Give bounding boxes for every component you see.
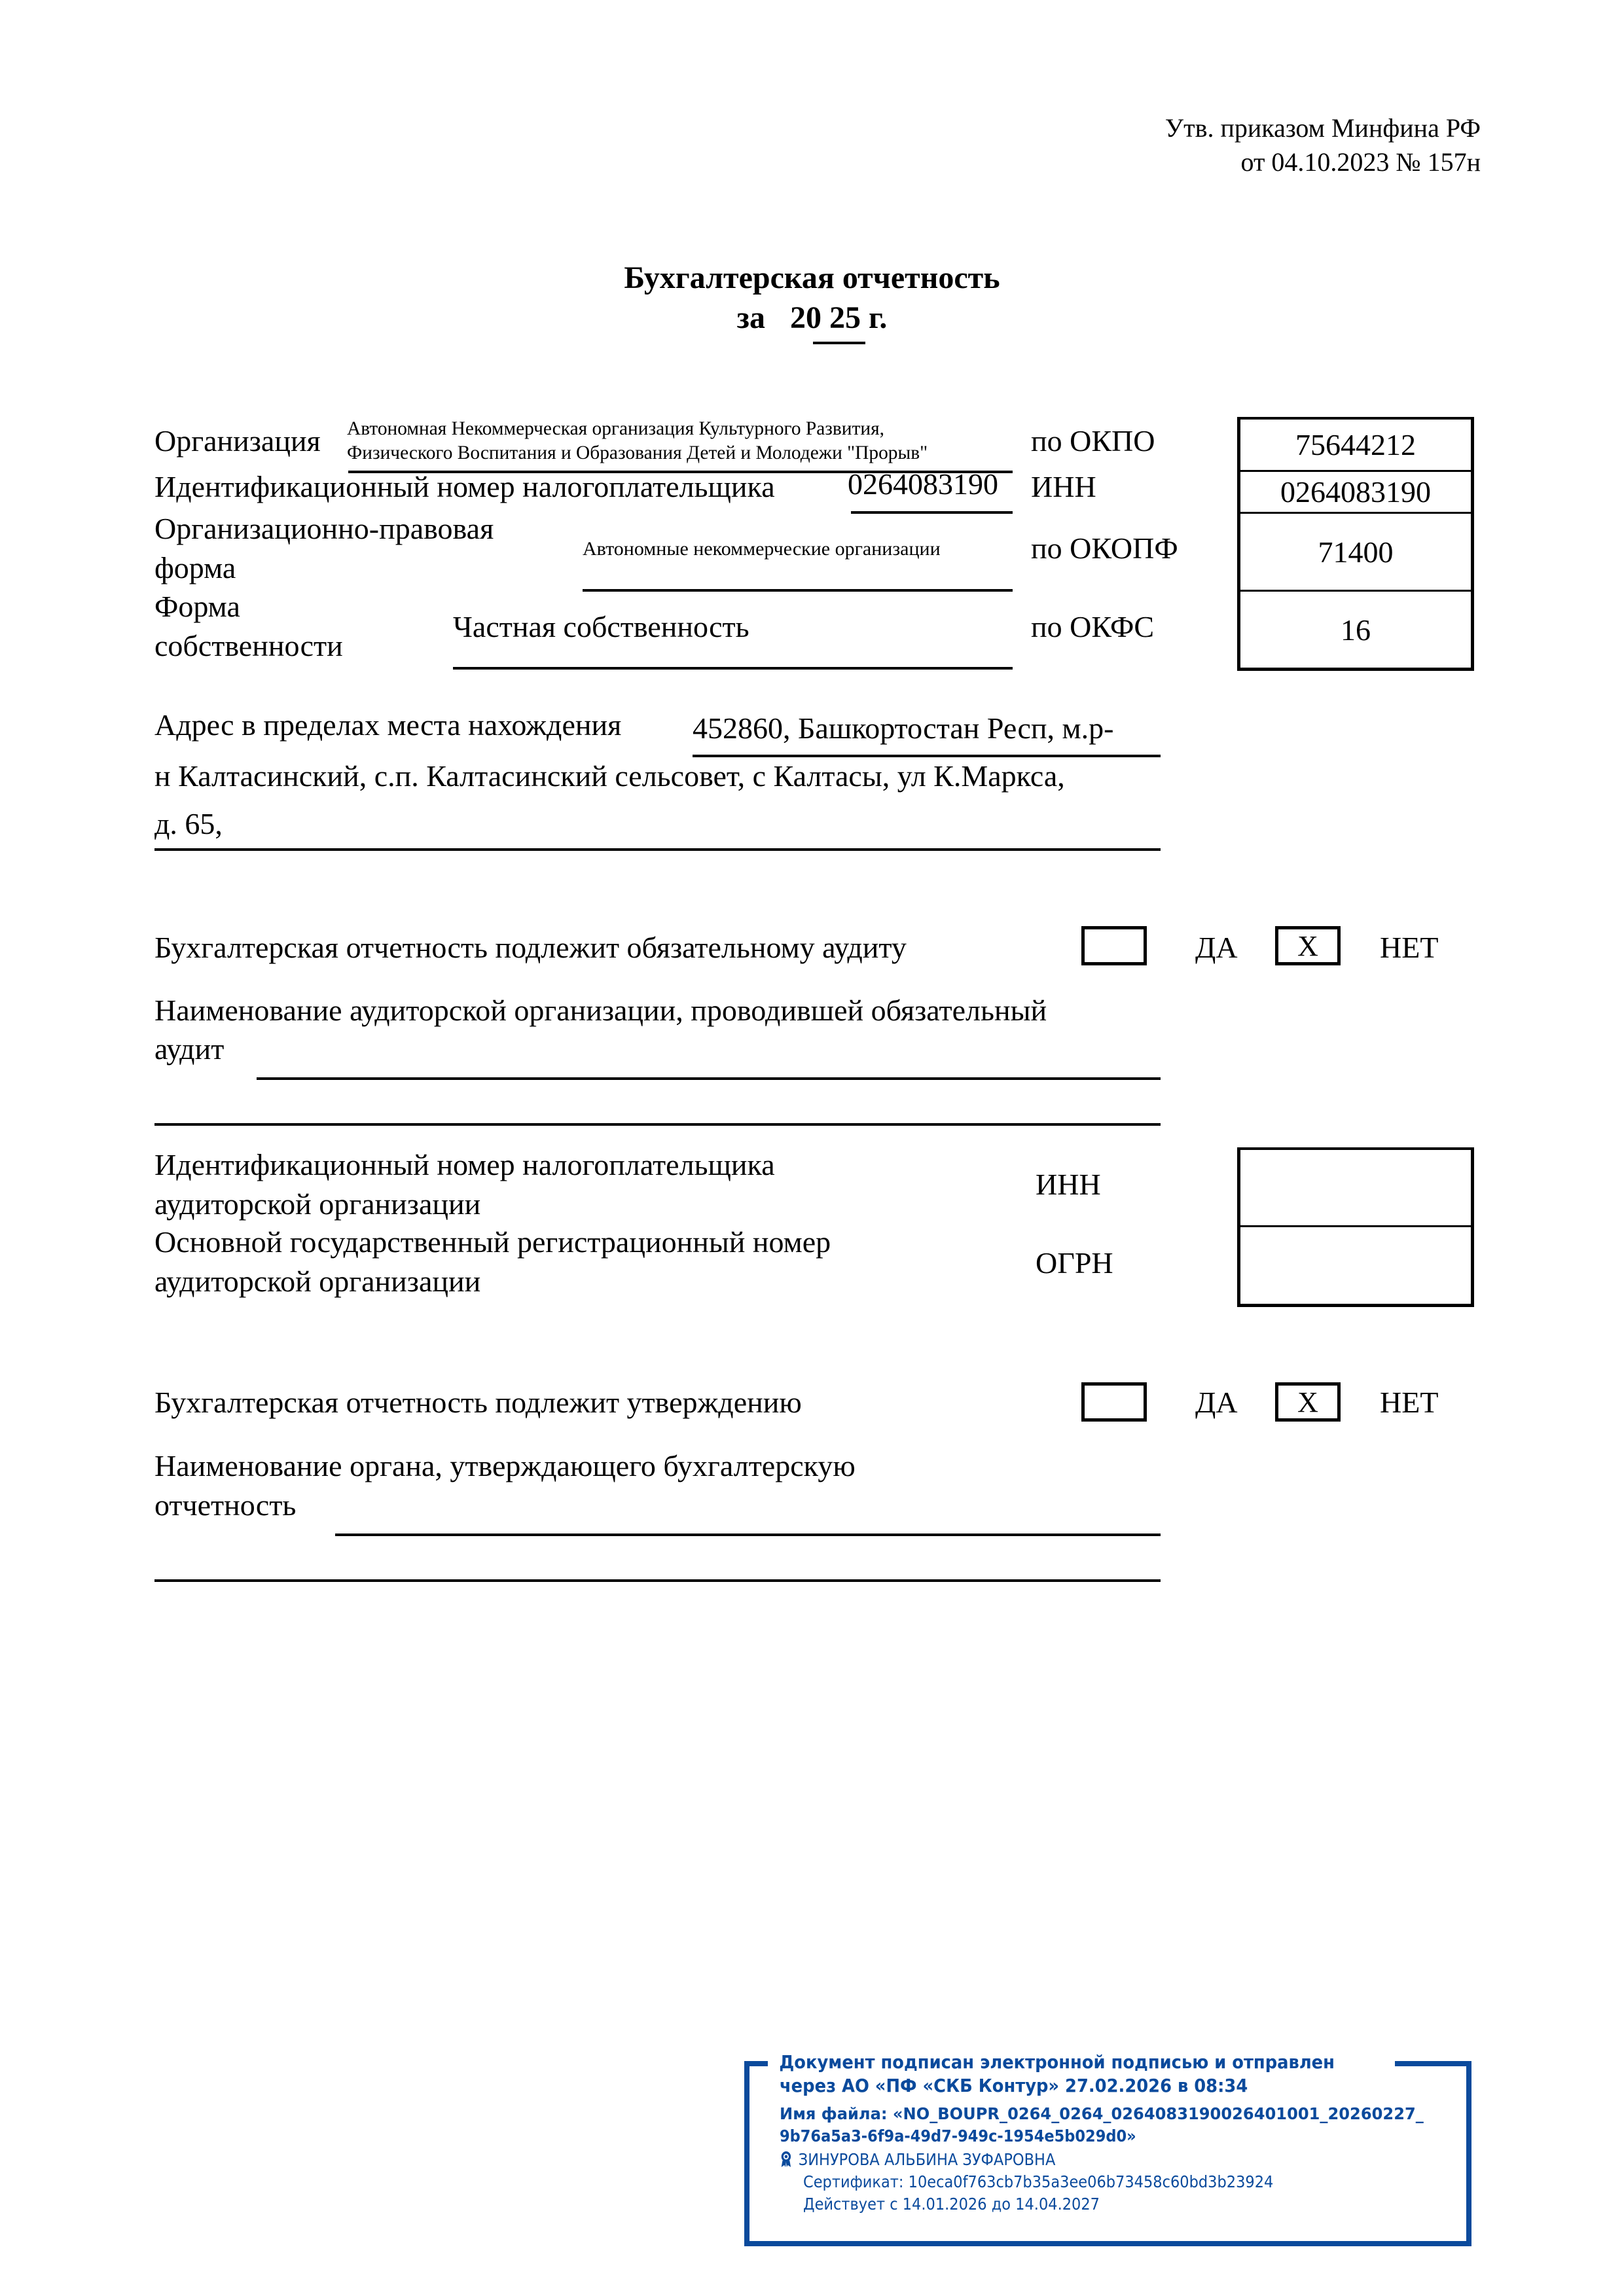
- address-line-1[interactable]: 452860, Башкортостан Респ, м.р-: [693, 709, 1113, 748]
- address-line-2[interactable]: н Калтасинский, с.п. Калтасинский сельсо…: [154, 757, 1065, 796]
- period-prefix: за: [737, 300, 765, 335]
- reporting-period: за20 25 г.: [0, 298, 1624, 338]
- approval-no-checkbox[interactable]: X: [1275, 1382, 1341, 1422]
- organization-label: Организация: [154, 422, 321, 461]
- address-line-3[interactable]: д. 65,: [154, 804, 223, 844]
- approval-question: Бухгалтерская отчетность подлежит утверж…: [154, 1383, 802, 1422]
- year-value[interactable]: 25: [829, 298, 861, 338]
- auditor-inn-label-line-2: аудиторской организации: [154, 1185, 480, 1224]
- code-okpo-value[interactable]: 75644212: [1240, 417, 1471, 472]
- legal-form-value[interactable]: Автономные некоммерческие организации: [583, 537, 941, 562]
- code-inn-value[interactable]: 0264083190: [1240, 472, 1471, 514]
- approval-no-label: НЕТ: [1380, 1383, 1438, 1422]
- auditor-ogrn-label-line-2: аудиторской организации: [154, 1262, 480, 1301]
- inn-underline: [851, 511, 1013, 514]
- auditor-inn-code-label: ИНН: [1036, 1165, 1101, 1204]
- approval-body-label-line-1: Наименование органа, утверждающего бухга…: [154, 1446, 856, 1486]
- address-underline-2: [154, 848, 1161, 851]
- approval-yes-checkbox[interactable]: [1081, 1382, 1147, 1422]
- auditor-ogrn-code-label: ОГРН: [1036, 1244, 1113, 1283]
- auditor-inn-value[interactable]: [1240, 1147, 1471, 1227]
- codes-table: 75644212 0264083190 71400 16: [1237, 417, 1474, 671]
- audit-no-checkbox[interactable]: X: [1275, 926, 1341, 965]
- inn-label: Идентификационный номер налогоплательщик…: [154, 467, 775, 507]
- stamp-border-top-left: [744, 2061, 768, 2066]
- year-underline: [813, 342, 865, 344]
- year-century: 20: [790, 300, 821, 335]
- approval-yes-label: ДА: [1195, 1383, 1238, 1422]
- auditor-name-label-line-1: Наименование аудиторской организации, пр…: [154, 991, 1047, 1030]
- approval-reference: Утв. приказом Минфина РФ от 04.10.2023 №…: [1165, 111, 1481, 179]
- document-title: Бухгалтерская отчетность: [0, 259, 1624, 298]
- address-label: Адрес в пределах места нахождения: [154, 706, 621, 745]
- code-okfs-value[interactable]: 16: [1240, 592, 1471, 671]
- stamp-file-line-1: Имя файла: «NO_BOUPR_0264_0264_026408319…: [780, 2103, 1424, 2125]
- code-label-inn: ИНН: [1031, 467, 1096, 507]
- approval-body-underline-2: [154, 1579, 1161, 1582]
- electronic-signature-stamp: Документ подписан электронной подписью и…: [744, 2061, 1471, 2246]
- auditor-name-underline-2: [154, 1123, 1161, 1126]
- stamp-certificate: Сертификат: 10eca0f763cb7b35a3ee06b73458…: [803, 2171, 1273, 2193]
- stamp-header-line-1: Документ подписан электронной подписью и…: [774, 2051, 1339, 2074]
- stamp-signer-name: ЗИНУРОВА АЛЬБИНА ЗУФАРОВНА: [799, 2150, 1056, 2169]
- ownership-label-line-1: Форма: [154, 587, 240, 626]
- stamp-signer: ЗИНУРОВА АЛЬБИНА ЗУФАРОВНА: [780, 2149, 1055, 2171]
- auditor-inn-label-line-1: Идентификационный номер налогоплательщик…: [154, 1145, 775, 1185]
- auditor-ogrn-label-line-1: Основной государственный регистрационный…: [154, 1223, 831, 1262]
- legal-form-underline: [583, 589, 1013, 592]
- auditor-codes-table: [1237, 1147, 1474, 1307]
- ownership-underline: [453, 667, 1013, 670]
- approval-line-1: Утв. приказом Минфина РФ: [1165, 111, 1481, 145]
- audit-yes-label: ДА: [1195, 928, 1238, 967]
- auditor-ogrn-value[interactable]: [1240, 1227, 1471, 1307]
- auditor-name-underline-1: [257, 1077, 1161, 1080]
- ownership-label-line-2: собственности: [154, 626, 343, 666]
- approval-line-2: от 04.10.2023 № 157н: [1165, 145, 1481, 179]
- stamp-border-top-right: [1395, 2061, 1471, 2066]
- approval-body-label-line-2: отчетность: [154, 1486, 296, 1525]
- code-label-okpo: по ОКПО: [1031, 422, 1155, 461]
- legal-form-label-line-1: Организационно-правовая: [154, 509, 494, 548]
- legal-form-label-line-2: форма: [154, 548, 236, 588]
- organization-name-line-2: Физического Воспитания и Образования Дет…: [347, 440, 928, 465]
- organization-name-line-1: Автономная Некоммерческая организация Ку…: [347, 416, 884, 441]
- audit-yes-checkbox[interactable]: [1081, 926, 1147, 965]
- seal-rosette-icon: [780, 2151, 793, 2168]
- inn-value[interactable]: 0264083190: [848, 465, 998, 504]
- auditor-name-label-line-2: аудит: [154, 1030, 224, 1069]
- stamp-header-line-2: через АО «ПФ «СКБ Контур» 27.02.2026 в 0…: [780, 2074, 1248, 2098]
- audit-no-label: НЕТ: [1380, 928, 1438, 967]
- code-label-okfs: по ОКФС: [1031, 607, 1154, 647]
- approval-body-underline-1: [335, 1534, 1161, 1536]
- year-suffix: г.: [869, 300, 887, 335]
- stamp-file-line-2: 9b76a5a3-6f9a-49d7-949c-1954e5b029d0»: [780, 2125, 1136, 2147]
- audit-question: Бухгалтерская отчетность подлежит обязат…: [154, 928, 907, 967]
- stamp-validity: Действует с 14.01.2026 до 14.04.2027: [803, 2193, 1100, 2215]
- code-okopf-value[interactable]: 71400: [1240, 514, 1471, 592]
- ownership-value[interactable]: Частная собственность: [453, 607, 749, 647]
- code-label-okopf: по ОКОПФ: [1031, 529, 1178, 568]
